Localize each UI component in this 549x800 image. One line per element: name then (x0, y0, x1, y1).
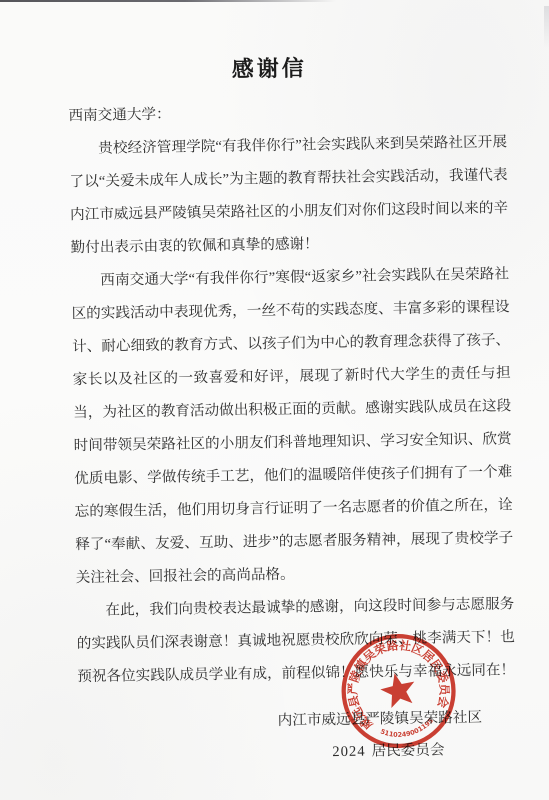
paragraph-1: 贵校经济管理学院“有我伴你行”社会实践队来到吴荣路社区开展了以“关爱未成年人成长… (69, 126, 509, 265)
letter-title: 感谢信 (0, 0, 544, 87)
seal-code-digits: 5110249001195 (378, 715, 438, 744)
letter-content: 感谢信 西南交通大学： 贵校经济管理学院“有我伴你行”社会实践队来到吴荣路社区开… (0, 0, 549, 800)
letter-body: 西南交通大学： 贵校经济管理学院“有我伴你行”社会实践队来到吴荣路社区开展了以“… (68, 93, 515, 694)
paragraph-2: 西南交通大学“有我伴你行”寒假“返家乡”社会实践队在吴荣路社区的实践活动中表现优… (71, 258, 514, 595)
scanned-letter-page: 感谢信 西南交通大学： 贵校经济管理学院“有我伴你行”社会实践队来到吴荣路社区开… (0, 0, 549, 800)
star-icon (378, 669, 419, 709)
scan-artifact-right-edge (544, 6, 549, 48)
svg-text:5110249001195: 5110249001195 (378, 715, 438, 744)
